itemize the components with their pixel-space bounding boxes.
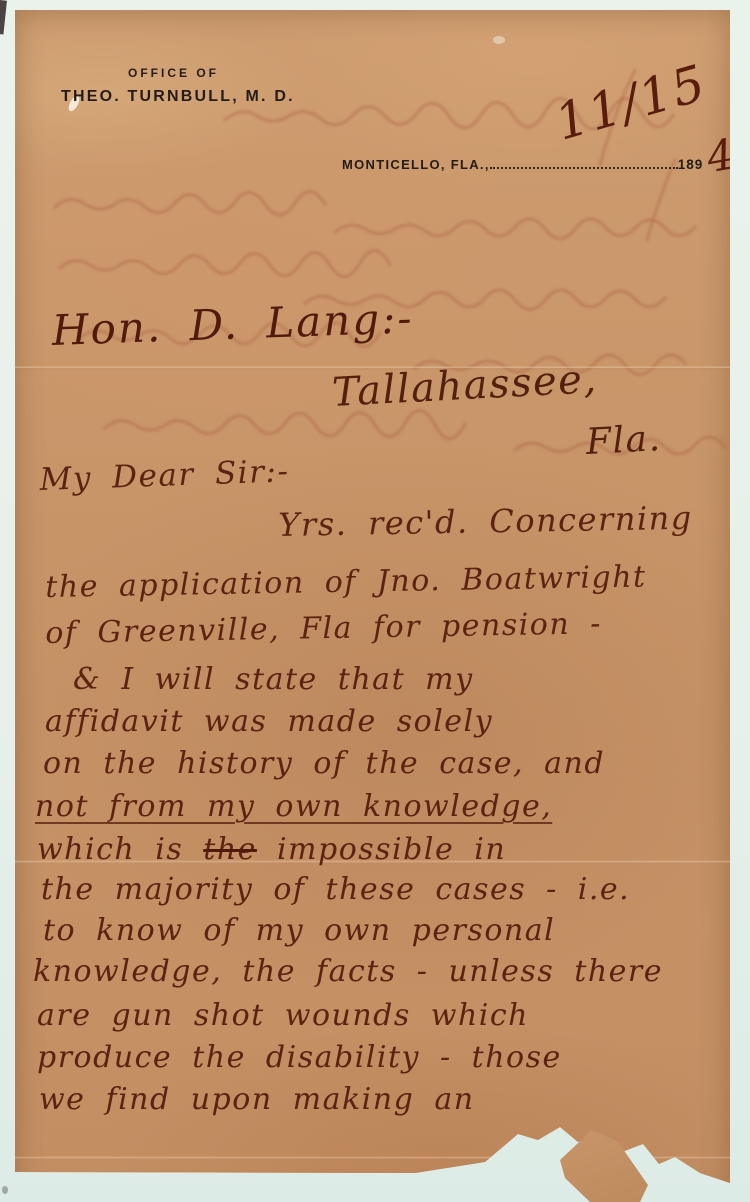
scanner-edge-artifact — [0, 0, 7, 35]
line-segment: which is — [37, 832, 203, 867]
state-line: Fla. — [585, 418, 662, 463]
letterhead-dateline: MONTICELLO, FLA., 189 — [342, 156, 703, 172]
letter-line: the majority of these cases - i.e. — [41, 872, 630, 907]
letter-line: not from my own knowledge, — [35, 789, 552, 824]
dust-speck — [2, 1186, 8, 1194]
paper-fleck — [493, 36, 505, 44]
line-segment: impossible in — [257, 832, 506, 867]
handwritten-year-digit: 4, — [703, 127, 750, 183]
letter-line: are gun shot wounds which — [37, 998, 529, 1033]
letter-line: & I will state that my — [73, 662, 474, 697]
letter-line: to know of my own personal — [43, 913, 555, 948]
struck-word: the — [203, 832, 257, 867]
letter-line: we find upon making an — [39, 1082, 475, 1117]
dotted-leader-line — [490, 156, 678, 169]
scanned-letter-page: OFFICE OF THEO. TURNBULL, M. D. MONTICEL… — [0, 0, 750, 1202]
letter-line: knowledge, the facts - unless there — [33, 954, 663, 989]
letter-line: on the history of the case, and — [43, 746, 605, 781]
letter-line: produce the disability - those — [37, 1040, 562, 1075]
letterhead-place: MONTICELLO, FLA., — [342, 157, 490, 172]
letter-paper: OFFICE OF THEO. TURNBULL, M. D. MONTICEL… — [15, 10, 730, 1200]
letterhead-office-line: OFFICE OF — [128, 66, 219, 80]
letterhead-doctor-name: THEO. TURNBULL, M. D. — [61, 88, 295, 106]
letter-line: affidavit was made solely — [45, 704, 493, 739]
letter-line: which is the impossible in — [37, 832, 506, 867]
letterhead-year-prefix: 189 — [678, 157, 704, 172]
letter-line: Yrs. rec'd. Concerning — [278, 499, 693, 544]
